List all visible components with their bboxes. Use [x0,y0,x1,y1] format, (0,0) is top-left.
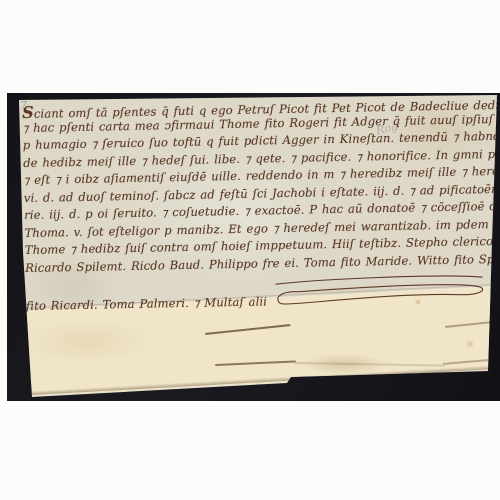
final-line-text: fito Ricardi. Toma Palmeri. ⁊ Multaſ ali… [26,297,267,313]
text-line-final: fito Ricardi. Toma Palmeri. ⁊ Multaſ ali… [25,272,489,313]
charter-text-block: Sciant omſ tā pſentes q̄ futi q ego Petr… [14,83,500,322]
charter-photograph: 7. Rog Sciant omſ tā pſentes q̄ futi q e… [0,0,500,500]
line-filler-flourish-icon [271,272,490,308]
parchment-document: 7. Rog Sciant omſ tā pſentes q̄ futi q e… [14,92,500,404]
